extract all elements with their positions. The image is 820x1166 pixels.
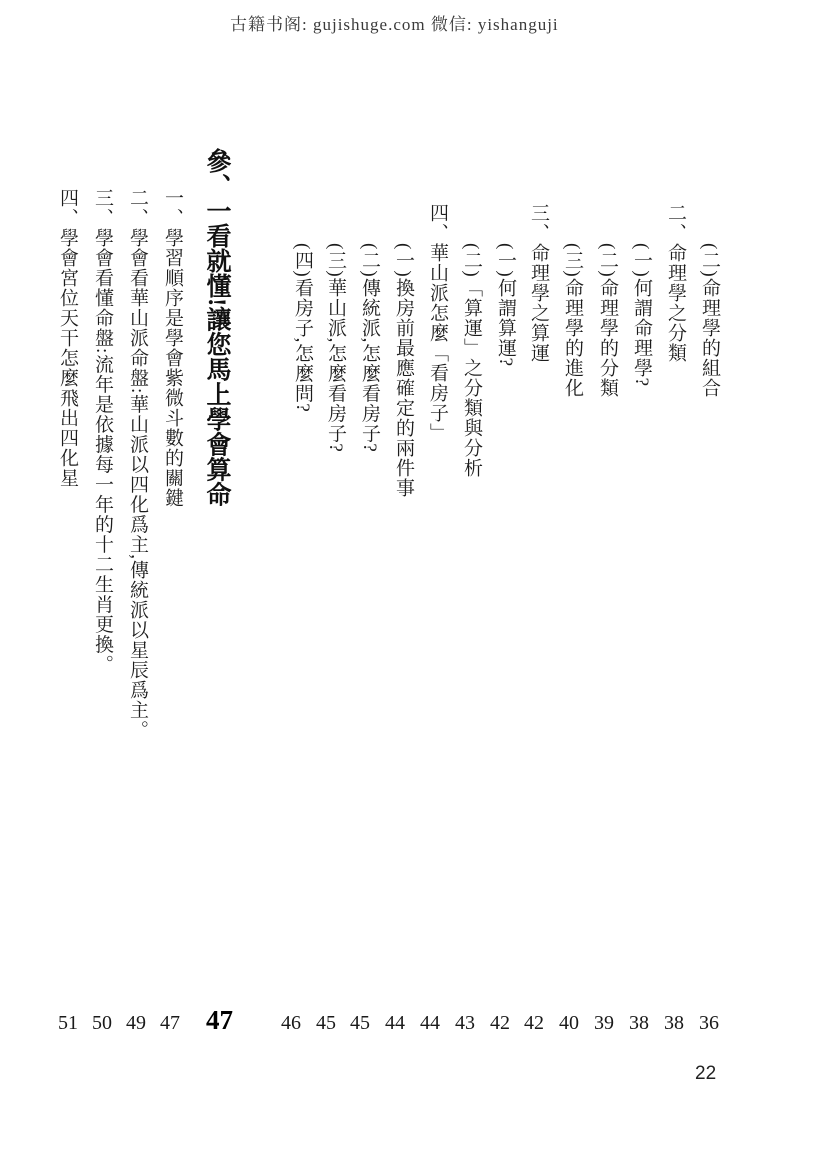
toc-page-number: 38 [664, 1012, 684, 1035]
toc-page-number: 43 [455, 1012, 475, 1035]
toc-entry: (二)傳統派,怎麼看房子? [360, 243, 379, 453]
toc-page-number: 36 [699, 1012, 719, 1035]
toc-page-number: 45 [350, 1012, 370, 1035]
toc-entry: 三、命理學之算運 [529, 203, 548, 363]
toc-entry: (三)命理學的進化 [563, 243, 582, 398]
toc-page-number: 39 [594, 1012, 614, 1035]
toc-entry: 二、命理學之分類 [666, 203, 685, 363]
toc-page-number: 51 [58, 1012, 78, 1035]
toc-entry: (四)看房子,怎麼問? [293, 243, 312, 413]
toc-page-number: 44 [385, 1012, 405, 1035]
toc-page-number: 40 [559, 1012, 579, 1035]
toc-section-heading: 參、一看就懂!讓您馬上學會算命 [204, 148, 229, 506]
toc-page-number: 45 [316, 1012, 336, 1035]
folio-page-number: 22 [695, 1063, 716, 1085]
toc-entry: (一)何謂命理學? [632, 243, 651, 387]
toc-page-number: 46 [281, 1012, 301, 1035]
toc-page-number: 50 [92, 1012, 112, 1035]
toc-entry: (一)換房前最應確定的兩件事 [394, 243, 413, 498]
toc-entry: (二)命理學的組合 [700, 243, 719, 398]
toc-page-number: 38 [629, 1012, 649, 1035]
toc-entry: 二、學會看華山派命盤:華山派以四化爲主,傳統派以星辰爲主。 [128, 188, 147, 740]
toc-page-number: 49 [126, 1012, 146, 1035]
toc-entry: (二)「算運」之分類與分析 [462, 243, 481, 478]
toc-page-number-heading: 47 [206, 1005, 233, 1036]
scanned-book-page: 古籍书阁: gujishuge.com 微信: yishanguji (二)命理… [0, 0, 820, 1166]
toc-entry: 一、學習順序是學會紫微斗數的關鍵 [163, 188, 182, 508]
watermark-header: 古籍书阁: gujishuge.com 微信: yishanguji [230, 10, 559, 35]
toc-entry: 四、華山派怎麼「看房子」 [428, 203, 447, 443]
toc-page-number: 42 [490, 1012, 510, 1035]
toc-page-number: 42 [524, 1012, 544, 1035]
toc-entry: 三、學會看懂命盤:流年是依據每一年的十二生肖更換。 [93, 188, 112, 674]
toc-entry: (三)華山派,怎麼看房子? [326, 243, 345, 453]
toc-entry: 四、學會宮位天干怎麼飛出四化星 [58, 188, 77, 488]
toc-entry: (二)命理學的分類 [598, 243, 617, 398]
toc-entry: (一)何謂算運? [496, 243, 515, 367]
toc-page-number: 44 [420, 1012, 440, 1035]
toc-page-number: 47 [160, 1012, 180, 1035]
